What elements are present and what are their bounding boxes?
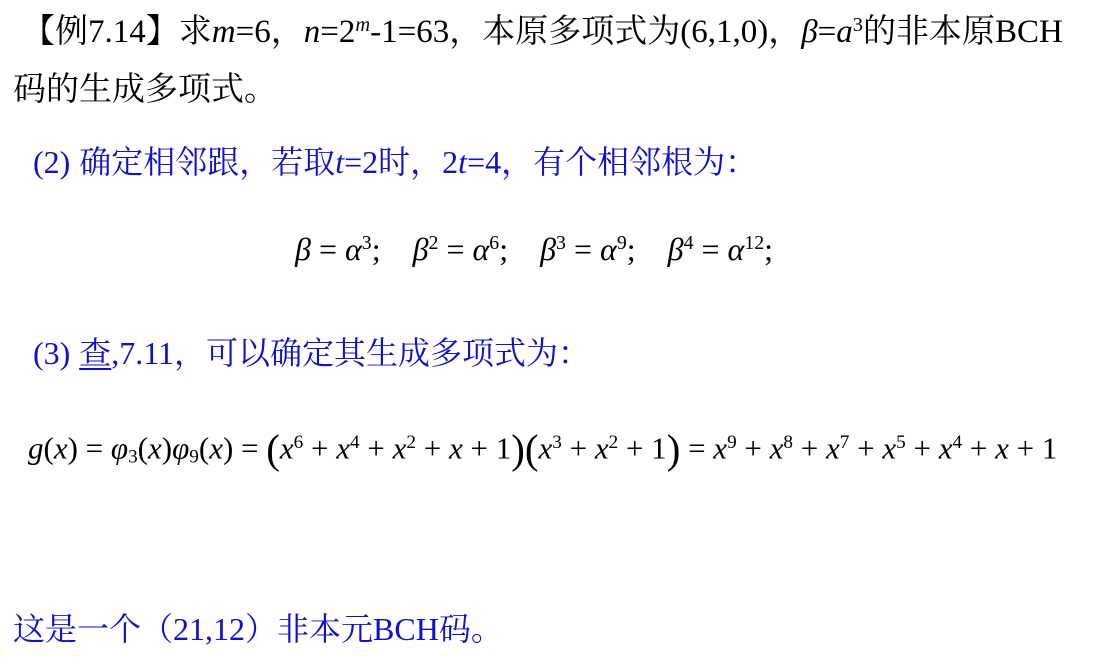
text-segment: -1=63 [370, 14, 449, 50]
text-segment: n [304, 14, 321, 50]
adjacent-roots-formula: β = α3; β2 = α6; β3 = α9; β4 = α12; [295, 229, 773, 269]
text-segment: α [473, 231, 490, 267]
text-segment: + [360, 431, 393, 466]
text-segment: m [212, 14, 236, 50]
text-segment: ) [511, 427, 525, 472]
text-segment: β [295, 231, 311, 267]
text-segment: φ [111, 431, 128, 466]
text-segment: 9 [727, 432, 737, 453]
text-segment: 3 [552, 432, 562, 453]
text-segment: 确定相邻跟，若取 [70, 144, 335, 180]
text-segment: 7.14 [88, 14, 146, 50]
text-segment: β [413, 231, 429, 267]
text-segment: t [458, 144, 467, 180]
text-segment: = [438, 231, 472, 267]
text-segment: ; [499, 231, 540, 267]
text-segment: 2 [406, 432, 416, 453]
text-segment: x [770, 431, 784, 466]
text-segment: + [793, 431, 826, 466]
text-segment: 9 [189, 446, 199, 467]
slide-page: { "page": { "colors": { "background": "#… [0, 0, 1103, 658]
text-segment: ) [162, 431, 172, 466]
text-segment: x [449, 431, 463, 466]
text-segment: + 1 [618, 431, 666, 466]
text-segment: =6 [236, 14, 271, 50]
text-segment: 21,12 [173, 611, 245, 647]
text-segment: + 1 [463, 431, 511, 466]
text-segment: x [393, 431, 407, 466]
text-segment: x [54, 431, 68, 466]
text-segment: 8 [783, 432, 793, 453]
text-segment: + [962, 431, 995, 466]
text-segment: α [600, 231, 617, 267]
text-segment: 4 [350, 432, 360, 453]
text-segment: 6 [489, 232, 499, 254]
text-segment: 【例 [22, 12, 88, 49]
text-segment: 6 [294, 432, 304, 453]
text-segment: 码。 [439, 611, 503, 647]
text-segment: x [713, 431, 727, 466]
text-segment: ( [138, 431, 148, 466]
text-segment: 】求 [146, 12, 212, 49]
text-segment: ( [525, 427, 539, 472]
text-segment: x [538, 431, 552, 466]
text-segment: (6,1,0) [680, 14, 768, 50]
text-segment: 3 [556, 232, 566, 254]
text-segment: + [416, 431, 449, 466]
text-segment: α [728, 231, 745, 267]
text-segment: =2 [320, 14, 355, 50]
text-segment: 时， [378, 144, 442, 180]
text-segment: x [336, 431, 350, 466]
text-segment: 2 [442, 144, 458, 180]
text-segment: = [566, 231, 600, 267]
text-segment: m [355, 14, 370, 36]
example-title-line-2: 码的生成多项式。 [13, 68, 277, 109]
text-segment: (3) [33, 335, 70, 371]
text-segment: x [826, 431, 840, 466]
conclusion-text: 这是一个（21,12）非本元BCH码。 [13, 609, 503, 649]
text-segment: β [540, 231, 556, 267]
text-segment: ）非本元 [245, 611, 373, 647]
text-segment: 2 [609, 432, 619, 453]
text-segment: BCH [995, 14, 1063, 50]
text-segment: 2 [429, 232, 439, 254]
text-segment: ，有个相邻根为： [501, 144, 757, 180]
text-segment: =2 [344, 144, 378, 180]
text-segment: φ [172, 431, 189, 466]
text-segment: ( [199, 431, 209, 466]
text-segment: β [668, 231, 684, 267]
text-segment: ， [768, 12, 801, 49]
text-segment: = [680, 431, 713, 466]
text-segment: β [801, 14, 817, 50]
text-segment: ( [266, 427, 280, 472]
text-segment: + [737, 431, 770, 466]
text-segment: ，可以确定其生成多项式为： [174, 335, 590, 371]
text-segment: ; [372, 231, 413, 267]
text-segment: ) [667, 427, 681, 472]
text-segment: x [995, 431, 1009, 466]
text-segment: 12 [744, 232, 764, 254]
text-segment [70, 335, 79, 371]
text-segment: = [693, 231, 727, 267]
text-segment: 5 [896, 432, 906, 453]
text-segment: 这是一个（ [13, 611, 173, 647]
text-segment: + [906, 431, 939, 466]
text-segment: + [849, 431, 882, 466]
text-segment: 3 [362, 232, 372, 254]
text-segment: 3 [853, 14, 863, 36]
text-segment: ; [627, 231, 668, 267]
text-segment: ; [764, 231, 773, 267]
text-segment: x [280, 431, 294, 466]
text-segment: 查 [79, 335, 111, 371]
text-segment: t [335, 144, 344, 180]
text-segment: 码的生成多项式。 [13, 70, 277, 107]
text-segment: 3 [128, 446, 138, 467]
text-segment: =4 [467, 144, 501, 180]
generator-polynomial-formula: g(x) = φ3(x)φ9(x) = (x6 + x4 + x2 + x + … [28, 424, 1057, 475]
text-segment: = [818, 14, 837, 50]
text-segment: g [28, 431, 44, 466]
text-segment: ，本原多项式为 [449, 12, 680, 49]
text-segment: ， [271, 12, 304, 49]
example-title-line-1: 【例7.14】求m=6，n=2m-1=63，本原多项式为(6,1,0)，β=a3… [22, 10, 1063, 53]
text-segment: x [939, 431, 953, 466]
text-segment: + [303, 431, 336, 466]
text-segment: + 1 [1009, 431, 1057, 466]
text-segment: (2) [33, 144, 70, 180]
text-segment: x [882, 431, 896, 466]
text-segment: ,7.11 [111, 335, 174, 371]
text-segment: 7 [840, 432, 850, 453]
text-segment: ( [44, 431, 54, 466]
text-segment: ) = [223, 431, 266, 466]
text-segment: α [345, 231, 362, 267]
step-2-heading: (2) 确定相邻跟，若取t=2时，2t=4，有个相邻根为： [33, 142, 757, 182]
text-segment: = [311, 231, 345, 267]
text-segment: 4 [953, 432, 963, 453]
text-segment: 9 [617, 232, 627, 254]
text-segment: BCH [373, 611, 439, 647]
step-3-heading: (3) 查,7.11，可以确定其生成多项式为： [33, 333, 590, 373]
text-segment: x [148, 431, 162, 466]
text-segment: ) = [68, 431, 111, 466]
text-segment: + [562, 431, 595, 466]
text-segment: x [595, 431, 609, 466]
text-segment: 4 [684, 232, 694, 254]
text-segment: x [209, 431, 223, 466]
text-segment: 的非本原 [863, 12, 995, 49]
text-segment: a [836, 14, 853, 50]
